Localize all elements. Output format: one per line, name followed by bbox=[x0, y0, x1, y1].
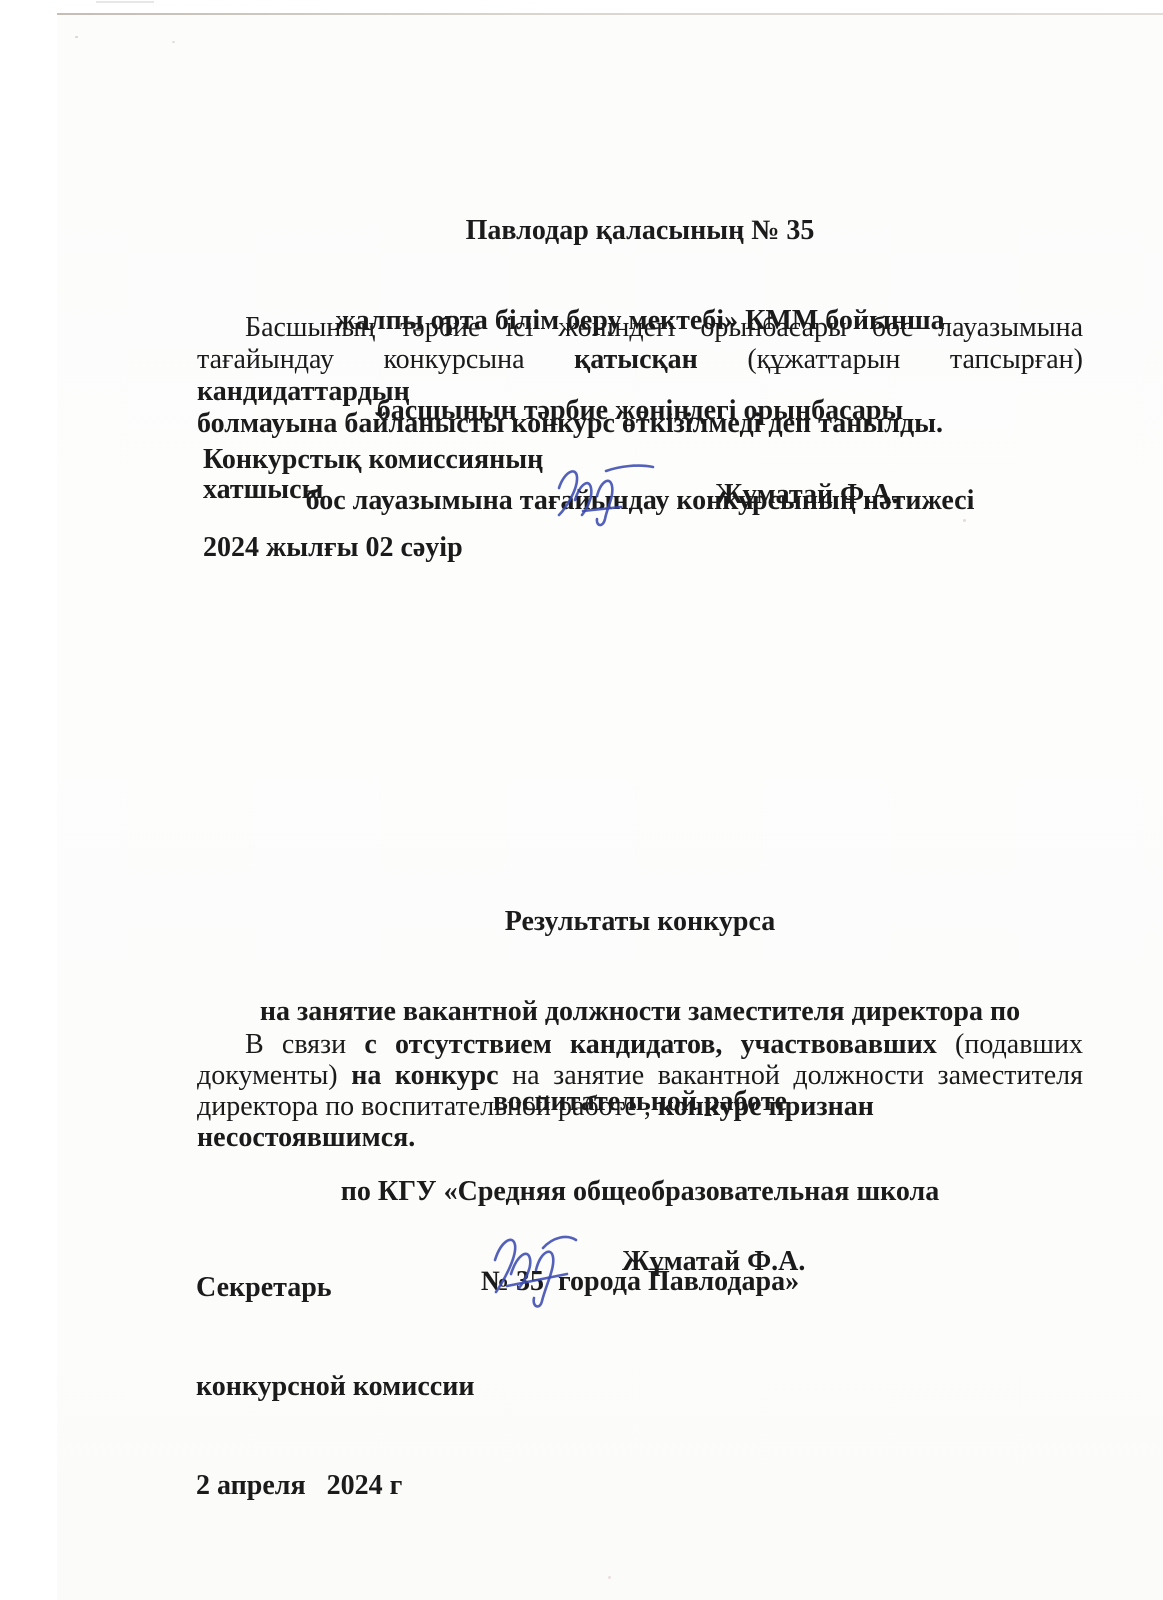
body-text: на занятие вакантной должности заместите… bbox=[512, 1060, 1083, 1091]
body-text: документы) bbox=[197, 1060, 351, 1091]
body-text-bold: с отсутствием кандидатов, участвовавших bbox=[364, 1029, 955, 1060]
body-text-bold: болмауына байланысты конкурс өткізілмеді… bbox=[197, 408, 943, 439]
russian-body-line-2: документы) на конкурс на занятие вакантн… bbox=[197, 1060, 1083, 1091]
kazakh-title-line-1: Павлодар қаласының № 35 bbox=[197, 216, 1083, 246]
signature-stroke bbox=[559, 471, 577, 515]
body-text: В связи bbox=[245, 1029, 364, 1060]
body-text: директора по воспитательной работе , bbox=[197, 1091, 658, 1122]
russian-date: 2 апреля 2024 г bbox=[196, 1469, 626, 1502]
kazakh-body-line-3: болмауына байланысты конкурс өткізілмеді… bbox=[197, 408, 1083, 440]
scan-edge-line bbox=[57, 13, 1163, 15]
body-text: тағайындау конкурсына bbox=[197, 344, 574, 375]
kazakh-body-paragraph: Басшының тәрбие ісі жөніндегі орынбасары… bbox=[197, 312, 1083, 440]
kazakh-body-line-2: тағайындау конкурсына қатысқан (құжаттар… bbox=[197, 344, 1083, 408]
signature-ink-top bbox=[543, 458, 671, 528]
scan-speck bbox=[608, 1576, 611, 1579]
body-text: (подавших bbox=[955, 1029, 1083, 1060]
body-text: (құжаттарын тапсырған) bbox=[698, 344, 1083, 375]
body-text-bold: қатысқан bbox=[574, 344, 698, 375]
russian-body-line-1: В связи с отсутствием кандидатов, участв… bbox=[197, 1029, 1083, 1060]
body-text: Басшының тәрбие ісі жөніндегі орынбасары… bbox=[245, 312, 1083, 343]
signature-stroke bbox=[583, 507, 621, 511]
body-text-bold: на конкурс bbox=[351, 1060, 512, 1091]
signature-stroke bbox=[507, 1274, 567, 1286]
russian-role-line-2: конкурсной комиссии bbox=[196, 1370, 626, 1403]
russian-title-line-1: Результаты конкурса bbox=[197, 907, 1083, 937]
russian-signatory-name: Жұматай Ф.А. bbox=[622, 1247, 805, 1277]
russian-title-line-4: по КГУ «Средняя общеобразовательная школ… bbox=[197, 1177, 1083, 1207]
kazakh-signatory-name: Жұматай Ф.А. bbox=[715, 480, 898, 510]
kazakh-date: 2024 жылғы 02 сәуір bbox=[203, 533, 463, 563]
signature-stroke bbox=[606, 466, 653, 471]
kazakh-body-line-1: Басшының тәрбие ісі жөніндегі орынбасары… bbox=[197, 312, 1083, 344]
russian-title-line-2: на занятие вакантной должности заместите… bbox=[197, 997, 1083, 1027]
scan-speck bbox=[172, 41, 175, 43]
signature-stroke bbox=[597, 481, 612, 525]
russian-body-line-3: директора по воспитательной работе , кон… bbox=[197, 1091, 1083, 1153]
body-text-bold: кандидаттардың bbox=[197, 376, 410, 407]
scan-speck bbox=[75, 36, 78, 38]
signature-ink-bottom bbox=[485, 1228, 597, 1308]
signature-stroke bbox=[543, 1237, 576, 1248]
scan-speck bbox=[96, 1, 154, 3]
russian-body-paragraph: В связи с отсутствием кандидатов, участв… bbox=[197, 1029, 1083, 1153]
scanned-document-page: Павлодар қаласының № 35 жалпы орта білім… bbox=[0, 0, 1163, 1600]
